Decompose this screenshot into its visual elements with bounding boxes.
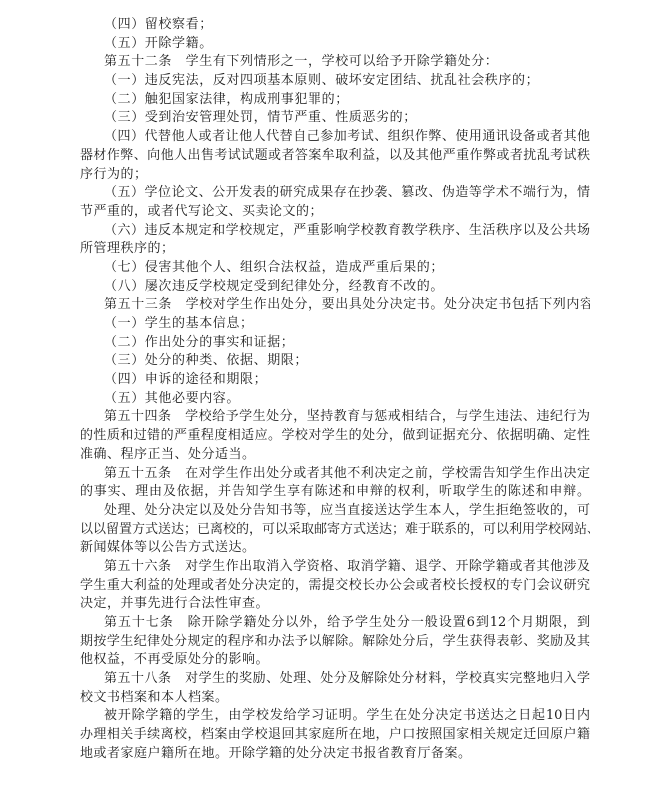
document-page: （四）留校察看； （五）开除学籍。 第五十二条 学生有下列情形之一，学校可以给予… <box>80 16 590 764</box>
article-heading-line: 第五十五条 在对学生作出处分或者其他不利决定之前，学校需告知学生作出决定 <box>80 465 590 484</box>
text-line: 决定，并事先进行合法性审查。 <box>80 595 590 614</box>
text-line: 的性质和过错的严重程度相适应。学校对学生的处分，做到证据充分、依据明确、定性 <box>80 427 590 446</box>
text-line: 以以留置方式送达；已离校的，可以采取邮寄方式送达；难于联系的，可以利用学校网站、 <box>80 521 590 540</box>
article-heading-line: 第五十六条 对学生作出取消入学资格、取消学籍、退学、开除学籍或者其他涉及 <box>80 558 590 577</box>
article-heading-line: 第五十七条 除开除学籍处分以外，给予学生处分一般设置6到12个月期限，到 <box>80 614 590 633</box>
text-line: （一）学生的基本信息； <box>80 315 590 334</box>
text-line: （三）受到治安管理处罚，情节严重、性质恶劣的； <box>80 109 590 128</box>
text-line: 处理、处分决定以及处分告知书等，应当直接送达学生本人，学生拒绝签收的，可 <box>80 502 590 521</box>
text-line: 节严重的，或者代写论文、买卖论文的； <box>80 203 590 222</box>
text-line: （二）触犯国家法律，构成刑事犯罪的； <box>80 91 590 110</box>
text-line: 的事实、理由及依据，并告知学生享有陈述和申辩的权利，听取学生的陈述和申辩。 <box>80 483 590 502</box>
text-line: 准确、程序正当、处分适当。 <box>80 446 590 465</box>
text-line: （一）违反宪法，反对四项基本原则、破坏安定团结、扰乱社会秩序的； <box>80 72 590 91</box>
text-line: 办理相关手续离校，档案由学校退回其家庭所在地，户口按照国家相关规定迁回原户籍 <box>80 726 590 745</box>
article-heading-line: 第五十三条 学校对学生作出处分，要出具处分决定书。处分决定书包括下列内容： <box>80 296 590 315</box>
text-line: （三）处分的种类、依据、期限； <box>80 352 590 371</box>
text-line: （四）留校察看； <box>80 16 590 35</box>
text-line: （八）屡次违反学校规定受到纪律处分，经教育不改的。 <box>80 278 590 297</box>
text-line: （五）其他必要内容。 <box>80 390 590 409</box>
text-line: 所管理秩序的； <box>80 240 590 259</box>
text-line: 新闻媒体等以公告方式送达。 <box>80 539 590 558</box>
text-line: 校文书档案和本人档案。 <box>80 689 590 708</box>
text-line: （六）违反本规定和学校规定，严重影响学校教育教学秩序、生活秩序以及公共场 <box>80 222 590 241</box>
text-line: （四）代替他人或者让他人代替自己参加考试、组织作弊、使用通讯设备或者其他 <box>80 128 590 147</box>
text-line: 器材作弊、向他人出售考试试题或者答案牟取利益，以及其他严重作弊或者扰乱考试秩 <box>80 147 590 166</box>
article-heading-line: 第五十四条 学校给予学生处分，坚持教育与惩戒相结合，与学生违法、违纪行为 <box>80 408 590 427</box>
text-line: （五）学位论文、公开发表的研究成果存在抄袭、篡改、伪造等学术不端行为，情 <box>80 184 590 203</box>
article-heading-line: 第五十八条 对学生的奖励、处理、处分及解除处分材料，学校真实完整地归入学 <box>80 670 590 689</box>
text-line: 期按学生纪律处分规定的程序和办法予以解除。解除处分后，学生获得表彰、奖励及其 <box>80 633 590 652</box>
article-heading-line: 第五十二条 学生有下列情形之一，学校可以给予开除学籍处分： <box>80 53 590 72</box>
text-line: 序行为的； <box>80 166 590 185</box>
text-line: （四）申诉的途径和期限； <box>80 371 590 390</box>
text-line: 学生重大利益的处理或者处分决定的，需提交校长办公会或者校长授权的专门会议研究 <box>80 577 590 596</box>
text-line: 地或者家庭户籍所在地。开除学籍的处分决定书报省教育厅备案。 <box>80 745 590 764</box>
text-line: 他权益，不再受原处分的影响。 <box>80 651 590 670</box>
text-line: （七）侵害其他个人、组织合法权益，造成严重后果的； <box>80 259 590 278</box>
text-line: （二）作出处分的事实和证据； <box>80 334 590 353</box>
text-line: （五）开除学籍。 <box>80 35 590 54</box>
text-line: 被开除学籍的学生，由学校发给学习证明。学生在处分决定书送达之日起10日内 <box>80 707 590 726</box>
